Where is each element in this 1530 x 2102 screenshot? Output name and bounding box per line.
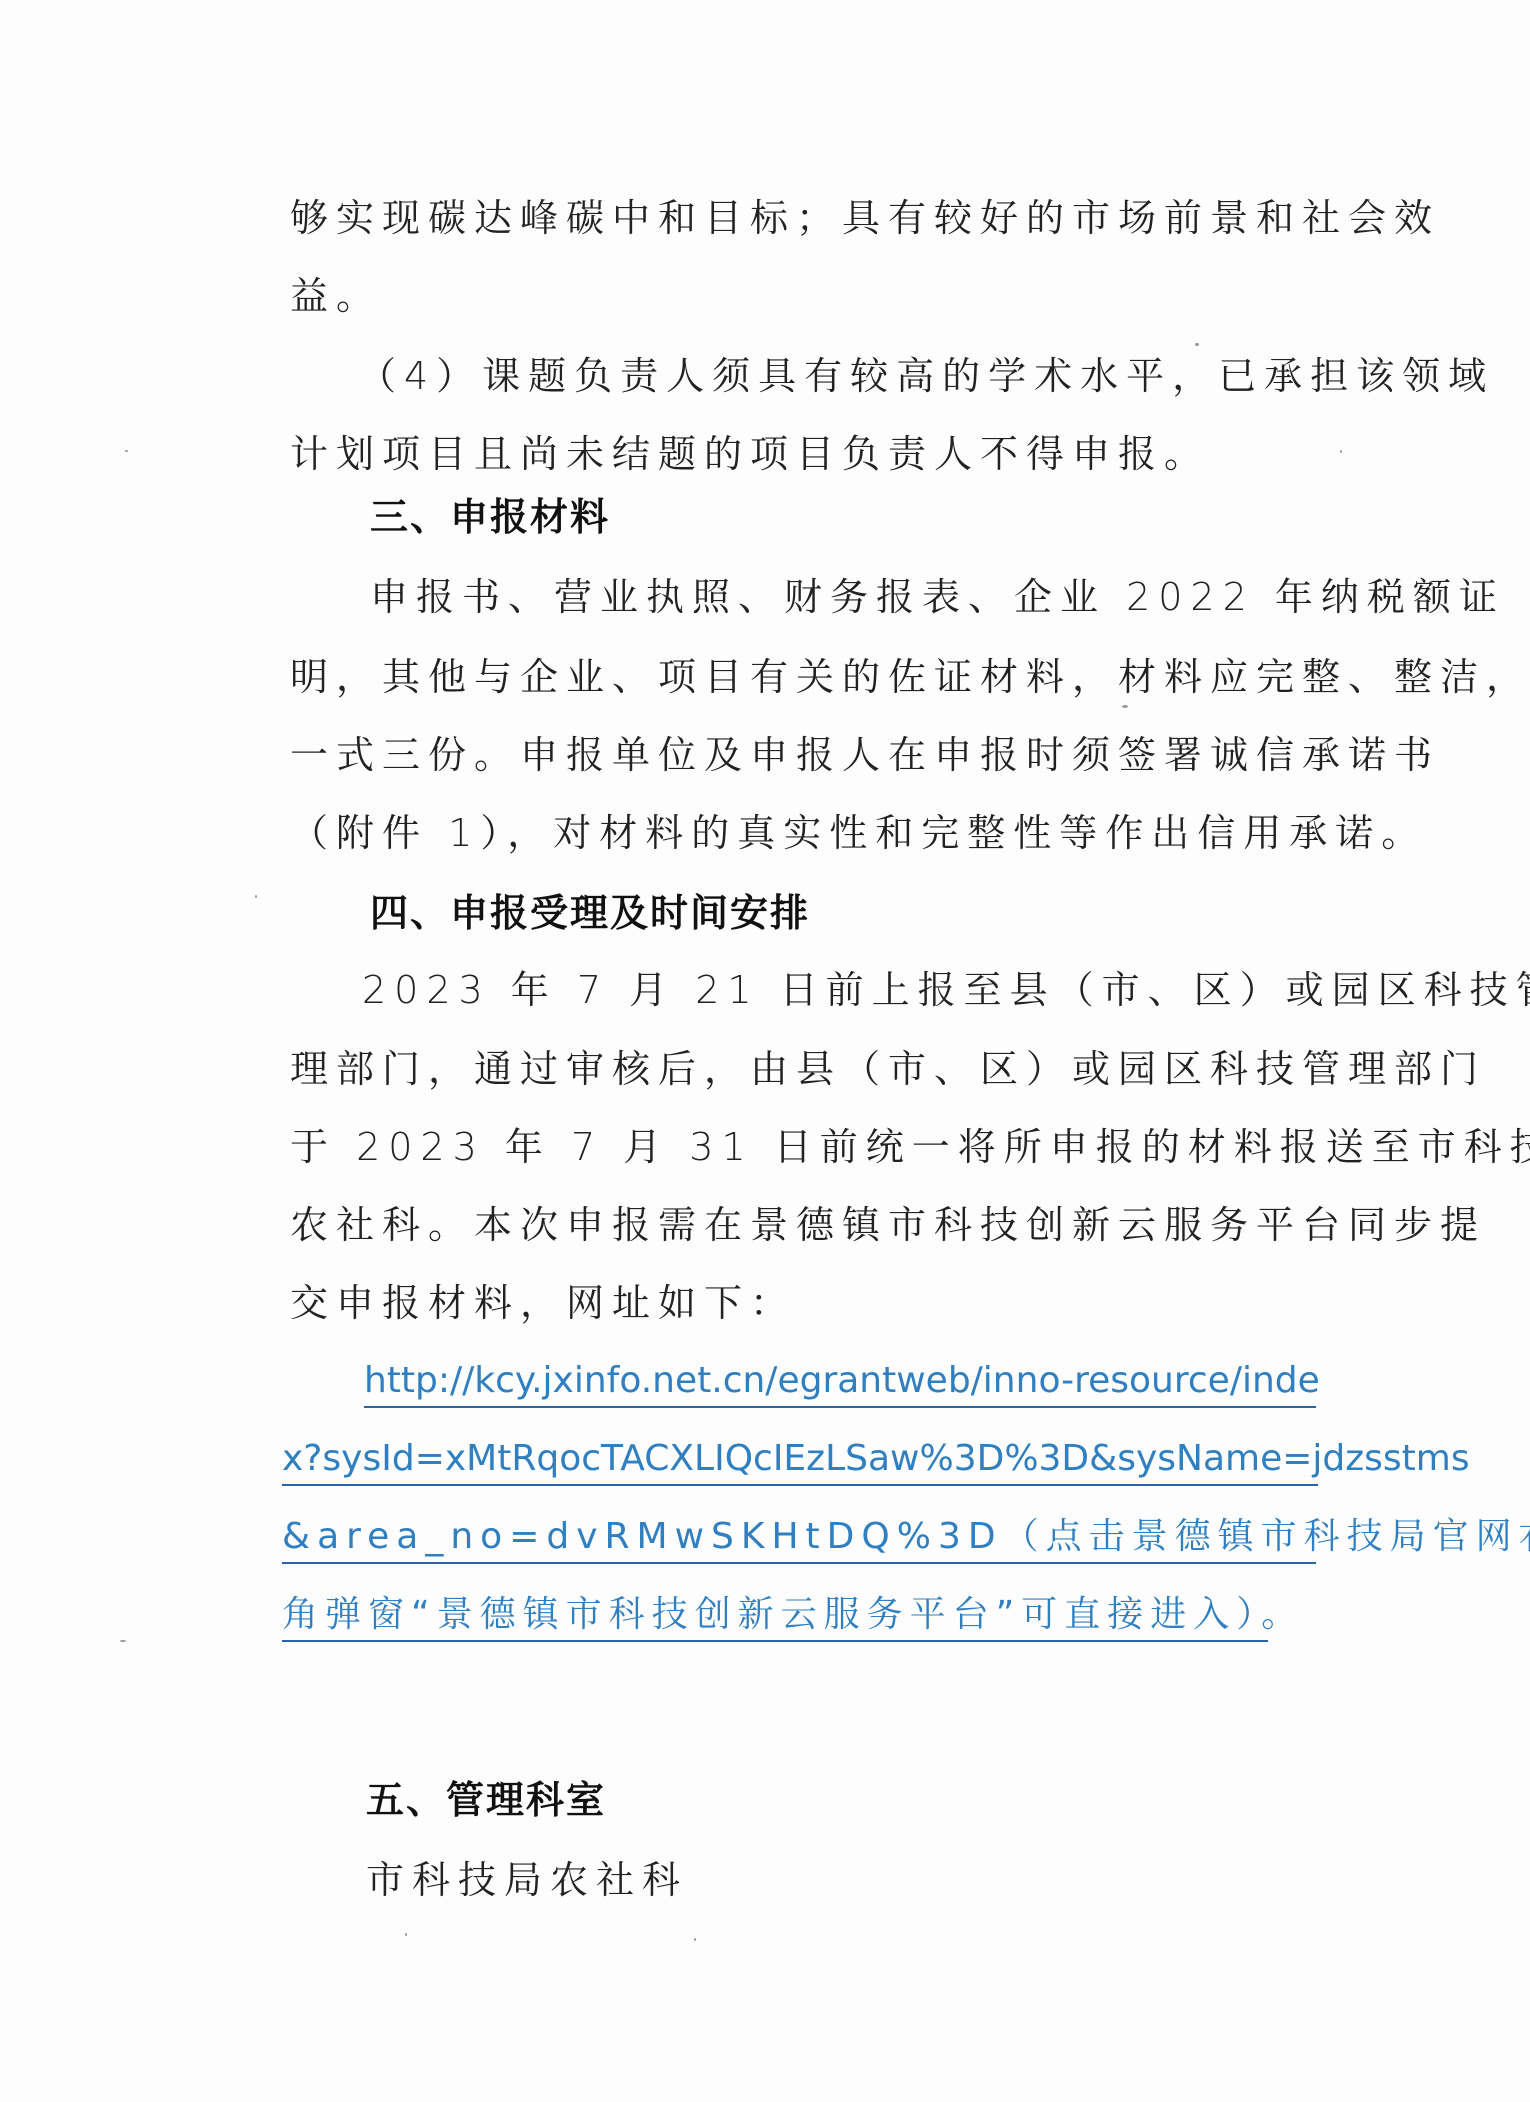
paragraph-line: （附件 1），对材料的真实性和完整性等作出信用承诺。 (290, 808, 1427, 858)
paragraph-line: 明，其他与企业、项目有关的佐证材料，材料应完整、整洁， (290, 652, 1530, 702)
paragraph-line: 市科技局农社科 (366, 1855, 688, 1905)
scan-speck (125, 450, 128, 452)
document-page: 够实现碳达峰碳中和目标；具有较好的市场前景和社会效 益。 （4）课题负责人须具有… (0, 0, 1530, 2102)
scan-speck (405, 1933, 407, 1936)
paragraph-line: 农社科。本次申报需在景德镇市科技创新云服务平台同步提 (290, 1200, 1486, 1250)
paragraph-line: 交申报材料，网址如下： (290, 1278, 796, 1328)
paragraph-line: 于 2023 年 7 月 31 日前统一将所申报的材料报送至市科技局 (290, 1122, 1530, 1172)
scan-speck (694, 1938, 696, 1941)
scan-speck (255, 895, 257, 898)
platform-url-link[interactable]: http://kcy.jxinfo.net.cn/egrantweb/inno-… (364, 1356, 1316, 1408)
scan-speck (1340, 450, 1342, 453)
platform-url-link[interactable]: 角弹窗“景德镇市科技创新云服务平台”可直接进入）。 (282, 1590, 1268, 1642)
section-heading-schedule: 四、申报受理及时间安排 (370, 888, 810, 938)
paragraph-line: 2023 年 7 月 21 日前上报至县（市、区）或园区科技管 (362, 965, 1530, 1015)
paragraph-line: （4）课题负责人须具有较高的学术水平，已承担该领域 (358, 351, 1494, 401)
scan-speck (1195, 343, 1199, 346)
platform-url-link[interactable]: x?sysId=xMtRqocTACXLIQcIEzLSaw%3D%3D&sys… (282, 1434, 1318, 1486)
platform-url-link[interactable]: &area_no=dvRMwSKHtDQ%3D（点击景德镇市科技局官网右下 (282, 1512, 1316, 1564)
paragraph-line: 理部门，通过审核后，由县（市、区）或园区科技管理部门 (290, 1044, 1486, 1094)
paragraph-line: 申报书、营业执照、财务报表、企业 2022 年纳税额证 (370, 572, 1505, 622)
scan-speck (1122, 705, 1128, 708)
scan-speck (120, 1640, 126, 1642)
section-heading-materials: 三、申报材料 (370, 492, 610, 542)
paragraph-line: 够实现碳达峰碳中和目标；具有较好的市场前景和社会效 (290, 193, 1440, 243)
paragraph-line: 益。 (290, 271, 382, 321)
paragraph-line: 一式三份。申报单位及申报人在申报时须签署诚信承诺书 (290, 730, 1440, 780)
section-heading-department: 五、管理科室 (366, 1775, 606, 1825)
paragraph-line: 计划项目且尚未结题的项目负责人不得申报。 (290, 429, 1210, 479)
